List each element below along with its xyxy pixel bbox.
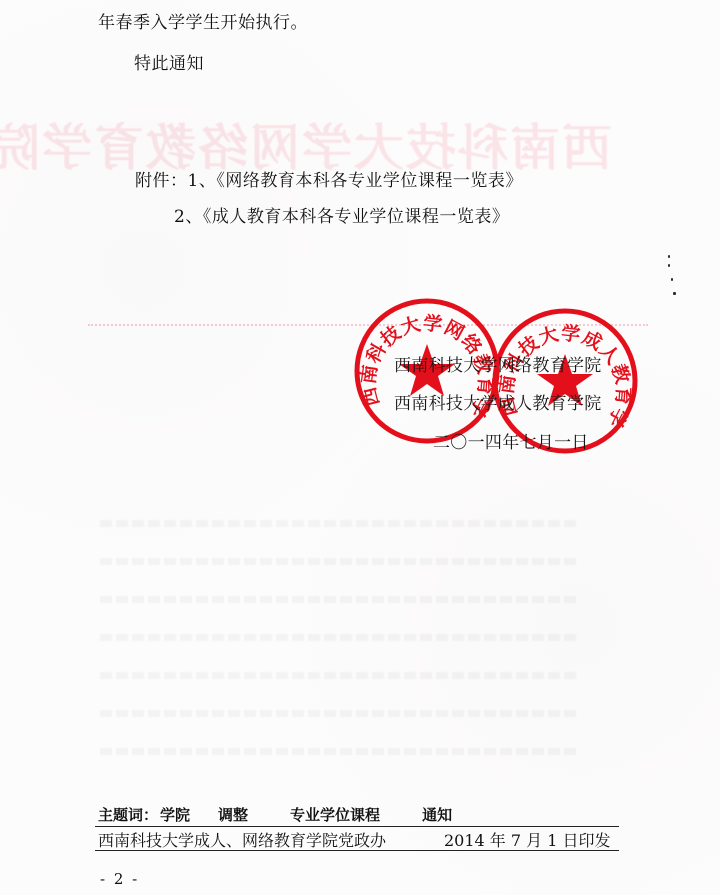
signature-date: 二〇一四年七月一日	[433, 428, 589, 453]
issuing-office: 西南科技大学成人、网络教育学院党政办	[98, 828, 386, 851]
keywords-label: 主题词：	[98, 804, 158, 825]
keyword-1: 学院	[160, 804, 190, 825]
keyword-2: 调整	[218, 804, 248, 825]
footer-rule-top	[95, 826, 619, 827]
footer-rule-bottom	[95, 850, 619, 851]
body-continuation-line: 年春季入学学生开始执行。	[98, 8, 308, 33]
closing-phrase: 特此通知	[134, 49, 204, 74]
page-number: - 2 -	[100, 870, 139, 888]
document-page: 西南科技大学网络教育学院文件 年春季入学学生开始执行。 特此通知 附件：1、《网…	[0, 0, 720, 895]
subject-keywords: 主题词：学院调整专业学位课程通知	[98, 804, 452, 825]
issuer-network-education: 西南科技大学网络教育学院	[394, 351, 602, 376]
issuer-adult-education: 西南科技大学成人教育学院	[394, 389, 602, 414]
scan-marks	[665, 250, 685, 300]
attachment-item-1: 附件：1、《网络教育本科各专业学位课程一览表》	[135, 166, 523, 191]
attachments-label: 附件：	[135, 171, 188, 191]
keyword-4: 通知	[422, 804, 452, 825]
issue-date: 2014 年 7 月 1 日印发	[444, 828, 611, 851]
bleed-through-text	[100, 520, 580, 786]
attachment-item-2: 2、《成人教育本科各专业学位课程一览表》	[174, 202, 509, 227]
keyword-3: 专业学位课程	[290, 804, 380, 825]
attachment-title-1: 1、《网络教育本科各专业学位课程一览表》	[188, 171, 523, 191]
